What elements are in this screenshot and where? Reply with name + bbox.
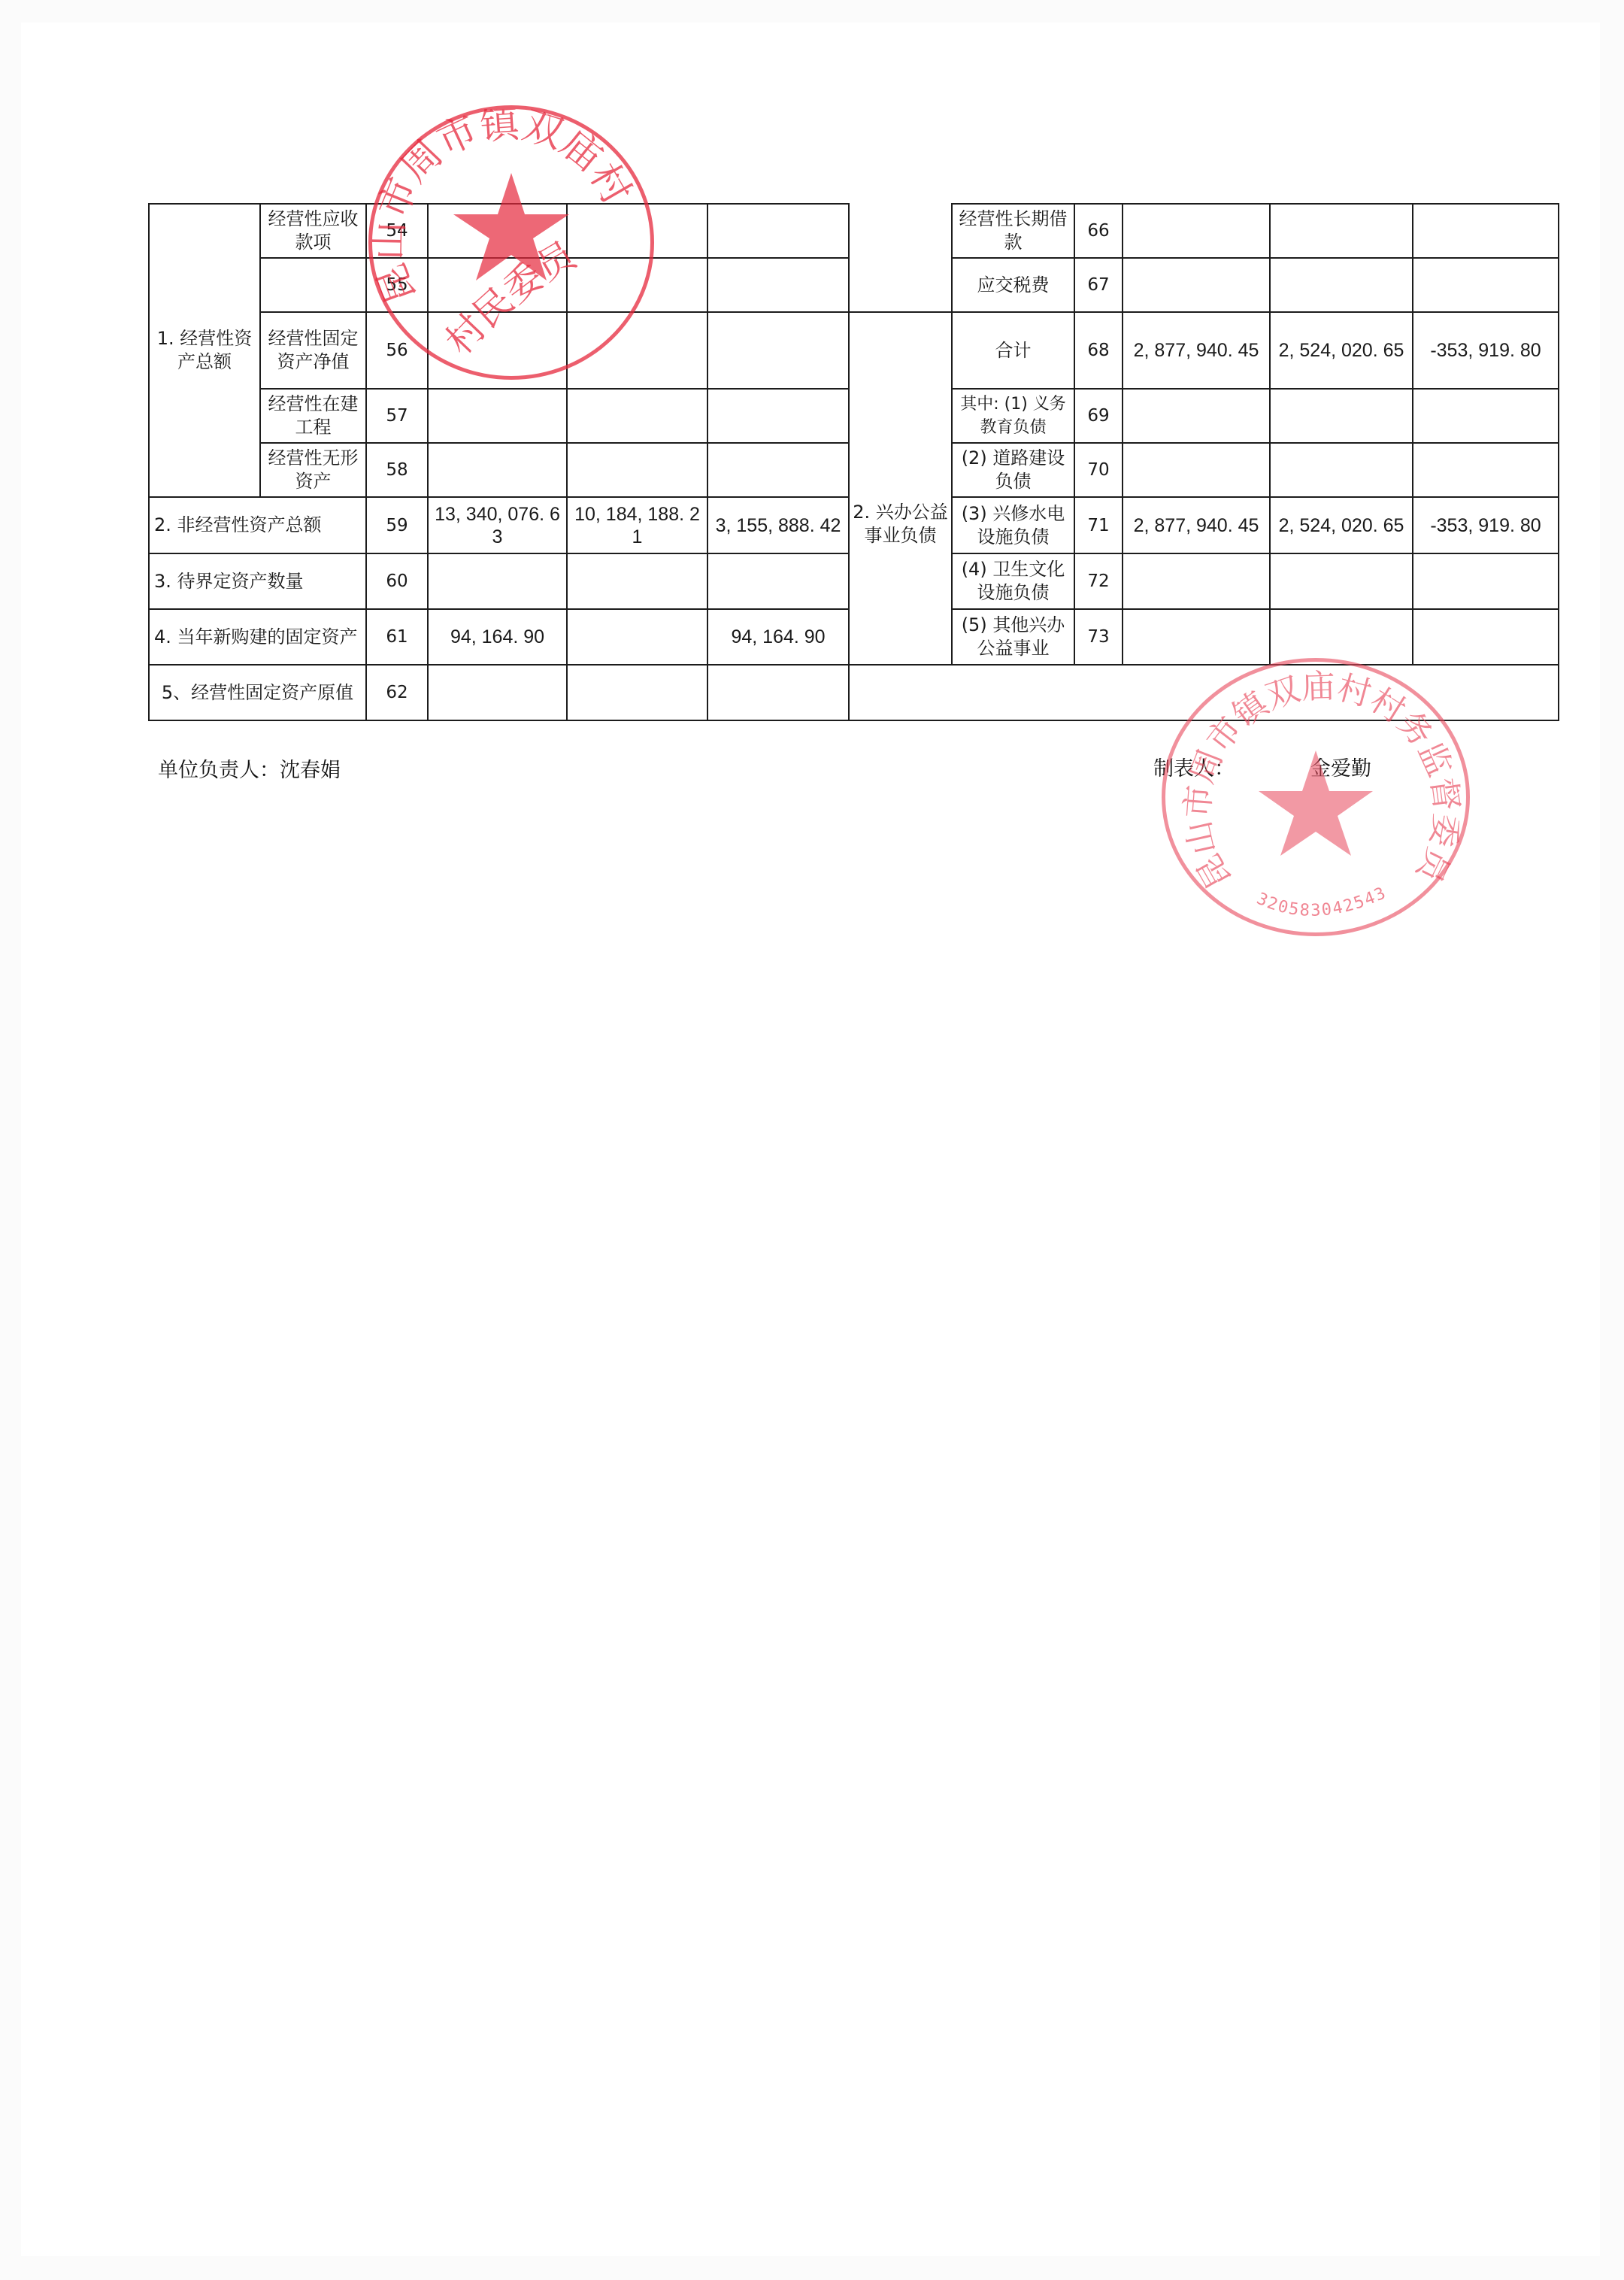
line-number: 68 (1074, 312, 1123, 389)
line-number: 60 (366, 553, 428, 609)
value-cell (428, 553, 567, 609)
value-cell: 2, 524, 020. 65 (1270, 312, 1413, 389)
value-cell (707, 443, 849, 497)
value-cell (1413, 609, 1559, 665)
value-cell (428, 389, 567, 443)
value-cell (567, 665, 707, 720)
row-label: 5、经营性固定资产原值 (149, 665, 366, 720)
value-cell (567, 609, 707, 665)
value-cell (428, 665, 567, 720)
value-cell (1413, 553, 1559, 609)
value-cell (428, 443, 567, 497)
value-cell (567, 312, 707, 389)
line-number: 58 (366, 443, 428, 497)
table-row: 经营性固定资产净值 56 2. 兴办公益事业负债 合计 68 2, 877, 9… (149, 312, 1559, 389)
unit-head-signature: 单位负责人：沈春娟 (158, 753, 341, 783)
value-cell: -353, 919. 80 (1413, 312, 1559, 389)
value-cell (1270, 258, 1413, 312)
row-label: (4) 卫生文化设施负债 (952, 553, 1074, 609)
row-label: 经营性固定资产净值 (260, 312, 366, 389)
value-cell: 94, 164. 90 (428, 609, 567, 665)
row-label: 经营性在建工程 (260, 389, 366, 443)
line-number: 73 (1074, 609, 1123, 665)
row-label: 2. 非经营性资产总额 (149, 497, 366, 553)
value-cell: -353, 919. 80 (1413, 497, 1559, 553)
value-cell: 10, 184, 188. 21 (567, 497, 707, 553)
value-cell (428, 258, 567, 312)
line-number: 59 (366, 497, 428, 553)
group-operating-assets-label: 1. 经营性资产总额 (149, 204, 260, 497)
line-number: 67 (1074, 258, 1123, 312)
line-number: 54 (366, 204, 428, 258)
value-cell: 2, 877, 940. 45 (1123, 497, 1270, 553)
line-number: 69 (1074, 389, 1123, 443)
row-label: 应交税费 (952, 258, 1074, 312)
blank-group-cell (849, 204, 952, 312)
value-cell (1123, 609, 1270, 665)
row-label: (5) 其他兴办公益事业 (952, 609, 1074, 665)
row-label: 经营性长期借款 (952, 204, 1074, 258)
value-cell (1413, 258, 1559, 312)
value-cell (567, 389, 707, 443)
value-cell (707, 553, 849, 609)
value-cell: 2, 877, 940. 45 (1123, 312, 1270, 389)
value-cell (1270, 553, 1413, 609)
preparer-label: 制表人： (1153, 752, 1235, 781)
line-number: 72 (1074, 553, 1123, 609)
row-label: 经营性应收款项 (260, 204, 366, 258)
value-cell (707, 389, 849, 443)
line-number: 61 (366, 609, 428, 665)
value-cell (1413, 204, 1559, 258)
value-cell (1413, 443, 1559, 497)
value-cell (707, 665, 849, 720)
value-cell (1270, 609, 1413, 665)
value-cell (707, 258, 849, 312)
line-number: 56 (366, 312, 428, 389)
value-cell (1413, 389, 1559, 443)
line-number: 71 (1074, 497, 1123, 553)
table-row: 5、经营性固定资产原值 62 (149, 665, 1559, 720)
value-cell (567, 553, 707, 609)
row-label: 3. 待界定资产数量 (149, 553, 366, 609)
value-cell (428, 204, 567, 258)
value-cell (707, 312, 849, 389)
balance-sheet-table: 1. 经营性资产总额 经营性应收款项 54 经营性长期借款 66 55 应交税费… (148, 203, 1559, 721)
line-number: 66 (1074, 204, 1123, 258)
value-cell: 3, 155, 888. 42 (707, 497, 849, 553)
value-cell (1123, 204, 1270, 258)
value-cell (567, 204, 707, 258)
line-number: 62 (366, 665, 428, 720)
value-cell: 2, 524, 020. 65 (1270, 497, 1413, 553)
row-label: (2) 道路建设负债 (952, 443, 1074, 497)
value-cell (1270, 443, 1413, 497)
preparer-name: 金爱勤 (1310, 752, 1371, 781)
value-cell (428, 312, 567, 389)
row-label: 经营性无形资产 (260, 443, 366, 497)
blank-merged-cell (849, 665, 1559, 720)
value-cell (567, 258, 707, 312)
value-cell (1270, 389, 1413, 443)
value-cell (1123, 258, 1270, 312)
table-row: 1. 经营性资产总额 经营性应收款项 54 经营性长期借款 66 (149, 204, 1559, 258)
value-cell: 94, 164. 90 (707, 609, 849, 665)
line-number: 70 (1074, 443, 1123, 497)
row-label: (3) 兴修水电设施负债 (952, 497, 1074, 553)
value-cell (1270, 204, 1413, 258)
value-cell (1123, 443, 1270, 497)
value-cell: 13, 340, 076. 63 (428, 497, 567, 553)
line-number: 57 (366, 389, 428, 443)
group-public-welfare-liabilities-label: 2. 兴办公益事业负债 (849, 312, 952, 665)
value-cell (1123, 389, 1270, 443)
value-cell (707, 204, 849, 258)
value-cell (567, 443, 707, 497)
row-label (260, 258, 366, 312)
row-label: 其中: (1) 义务教育负债 (952, 389, 1074, 443)
row-label: 合计 (952, 312, 1074, 389)
row-label: 4. 当年新购建的固定资产 (149, 609, 366, 665)
value-cell (1123, 553, 1270, 609)
line-number: 55 (366, 258, 428, 312)
